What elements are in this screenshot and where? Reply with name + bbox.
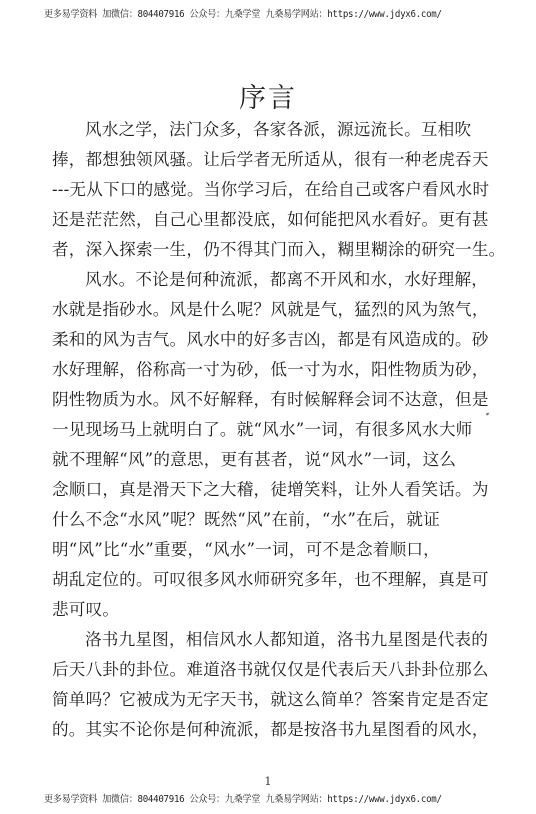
text-line: 的。其实不论你是何种流派，都是按洛书九星图看的风水，	[52, 715, 462, 745]
text-line: 悲可叹。	[52, 595, 462, 625]
text-line: 者，深入探索一生，仍不得其门而入，糊里糊涂的研究一生。	[52, 235, 462, 265]
text-line: 什么不念“水风”呢？既然“风”在前，“水”在后，就证	[52, 505, 462, 535]
text-line: 就不理解“风”的意思，更有甚者，说“风水”一词，这么	[52, 445, 462, 475]
page-header-watermark: 更多易学资料 加微信：804407916 公众号：九桑学堂 九桑易学网站：htt…	[44, 6, 486, 20]
text-line: 明“风”比“水”重要，“风水”一词，可不是念着顺口，	[52, 535, 462, 565]
text-line: 一见现场马上就明白了。就“风水”一词，有很多风水大师	[52, 415, 462, 445]
text-line: ---无从下口的感觉。当你学习后，在给自己或客户看风水时	[52, 175, 462, 205]
text-line: 水就是指砂水。风是什么呢？风就是气，猛烈的风为煞气，	[52, 295, 462, 325]
text-line: 柔和的风为吉气。风水中的好多吉凶，都是有风造成的。砂	[52, 325, 462, 355]
scan-artifact	[486, 412, 490, 415]
text-line: 捧，都想独领风骚。让后学者无所适从，很有一种老虎吞天	[52, 145, 462, 175]
text-line: 简单吗？它被成为无字天书，就这么简单？答案肯定是否定	[52, 685, 462, 715]
document-body: 风水之学，法门众多，各家各派，源远流长。互相吹 捧，都想独领风骚。让后学者无所适…	[52, 115, 462, 745]
text-line: 后天八卦的卦位。难道洛书就仅仅是代表后天八卦卦位那么	[52, 655, 462, 685]
page-number: 1	[0, 775, 536, 788]
text-line: 胡乱定位的。可叹很多风水师研究多年，也不理解，真是可	[52, 565, 462, 595]
text-line: 风水。不论是何种流派，都离不开风和水，水好理解，	[52, 265, 462, 295]
text-line: 还是茫茫然，自己心里都没底，如何能把风水看好。更有甚	[52, 205, 462, 235]
text-line: 风水之学，法门众多，各家各派，源远流长。互相吹	[52, 115, 462, 145]
text-line: 水好理解，俗称高一寸为砂，低一寸为水，阳性物质为砂，	[52, 355, 462, 385]
document-title: 序言	[0, 76, 536, 115]
page-footer-watermark: 更多易学资料 加微信：804407916 公众号：九桑学堂 九桑易学网站：htt…	[44, 791, 486, 805]
text-line: 念顺口，真是滑天下之大稽，徒增笑料，让外人看笑话。为	[52, 475, 462, 505]
text-line: 阴性物质为水。风不好解释，有时候解释会词不达意，但是	[52, 385, 462, 415]
text-line: 洛书九星图，相信风水人都知道，洛书九星图是代表的	[52, 625, 462, 655]
